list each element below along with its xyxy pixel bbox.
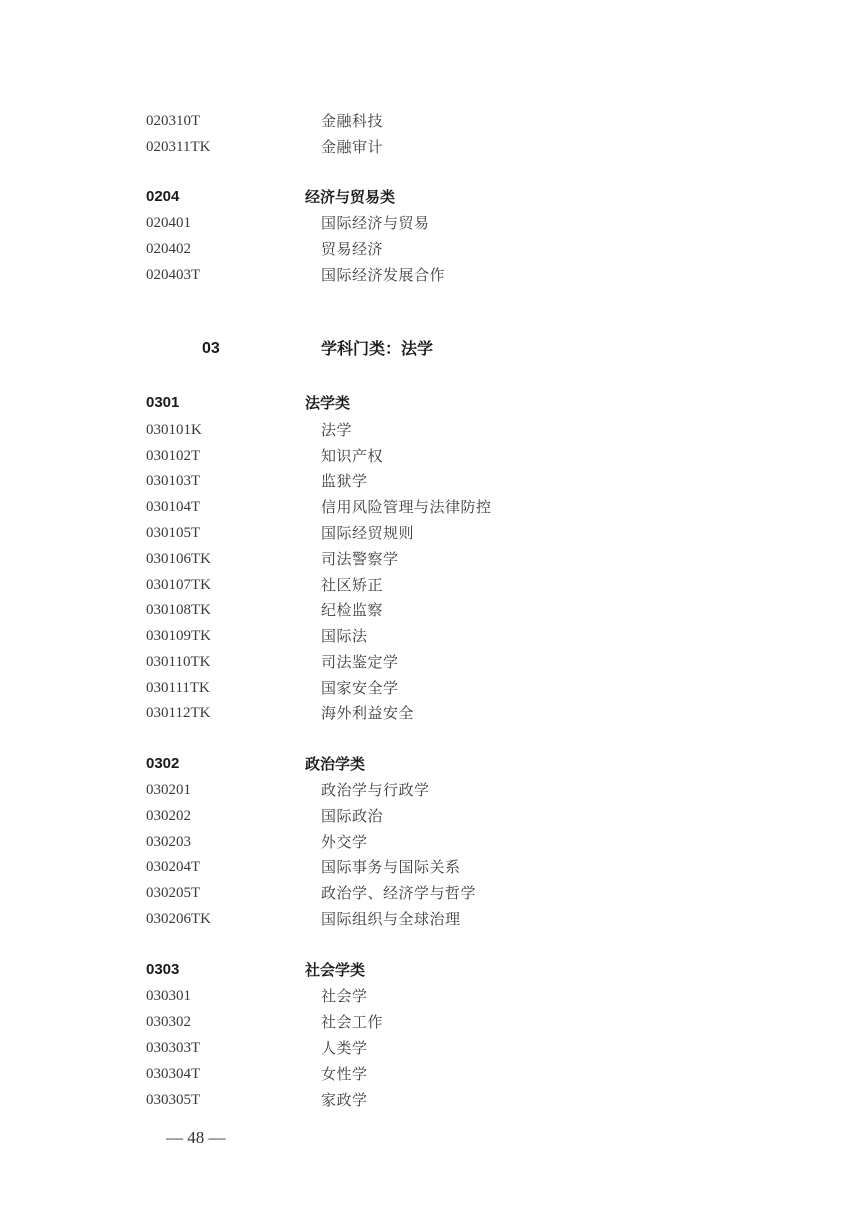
group-name: 政治学类 bbox=[305, 753, 365, 775]
page-number: — 48 — bbox=[166, 1128, 226, 1148]
list-item: 030108TK 纪检监察 bbox=[0, 599, 864, 621]
major-name: 国际法 bbox=[321, 625, 368, 647]
major-code: 030104T bbox=[146, 496, 200, 518]
major-name: 家政学 bbox=[321, 1089, 368, 1111]
major-code: 030202 bbox=[146, 805, 191, 827]
major-name: 国际事务与国际关系 bbox=[321, 856, 461, 878]
major-code: 030205T bbox=[146, 882, 200, 904]
major-code: 020403T bbox=[146, 264, 200, 286]
list-item: 030107TK 社区矫正 bbox=[0, 574, 864, 596]
major-name: 政治学、经济学与哲学 bbox=[321, 882, 476, 904]
major-code: 030107TK bbox=[146, 574, 211, 596]
list-item: 030204T 国际事务与国际关系 bbox=[0, 856, 864, 878]
list-item: 030301 社会学 bbox=[0, 985, 864, 1007]
list-item: 030105T 国际经贸规则 bbox=[0, 522, 864, 544]
discipline-title: 学科门类：法学 bbox=[321, 338, 433, 360]
group-heading: 0204 经济与贸易类 bbox=[0, 186, 864, 208]
major-name: 纪检监察 bbox=[321, 599, 383, 621]
major-code: 030106TK bbox=[146, 548, 211, 570]
major-name: 国际经济发展合作 bbox=[321, 264, 445, 286]
major-name: 国际经济与贸易 bbox=[321, 212, 430, 234]
major-code: 030108TK bbox=[146, 599, 211, 621]
major-name: 信用风险管理与法律防控 bbox=[321, 496, 492, 518]
list-item: 030111TK 国家安全学 bbox=[0, 677, 864, 699]
list-item: 020402 贸易经济 bbox=[0, 238, 864, 260]
list-item: 030102T 知识产权 bbox=[0, 445, 864, 467]
major-code: 030301 bbox=[146, 985, 191, 1007]
group-heading: 0302 政治学类 bbox=[0, 753, 864, 775]
major-code: 030201 bbox=[146, 779, 191, 801]
major-code: 030206TK bbox=[146, 908, 211, 930]
list-item: 020403T 国际经济发展合作 bbox=[0, 264, 864, 286]
list-item: 030304T 女性学 bbox=[0, 1063, 864, 1085]
major-code: 030112TK bbox=[146, 702, 210, 724]
major-code: 030303T bbox=[146, 1037, 200, 1059]
major-code: 030101K bbox=[146, 419, 202, 441]
major-name: 海外利益安全 bbox=[321, 702, 414, 724]
major-code: 030111TK bbox=[146, 677, 210, 699]
major-name: 知识产权 bbox=[321, 445, 383, 467]
major-name: 社会工作 bbox=[321, 1011, 383, 1033]
major-code: 020402 bbox=[146, 238, 191, 260]
major-name: 司法鉴定学 bbox=[321, 651, 399, 673]
major-code: 030110TK bbox=[146, 651, 210, 673]
major-name: 政治学与行政学 bbox=[321, 779, 430, 801]
major-name: 社会学 bbox=[321, 985, 368, 1007]
group-heading: 0303 社会学类 bbox=[0, 959, 864, 981]
list-item: 030203 外交学 bbox=[0, 831, 864, 853]
list-item: 030112TK 海外利益安全 bbox=[0, 702, 864, 724]
group-name: 社会学类 bbox=[305, 959, 365, 981]
major-name: 贸易经济 bbox=[321, 238, 383, 260]
group-code: 0204 bbox=[146, 186, 179, 208]
major-name: 社区矫正 bbox=[321, 574, 383, 596]
group-code: 0303 bbox=[146, 959, 179, 981]
major-code: 020311TK bbox=[146, 136, 210, 158]
list-item: 030305T 家政学 bbox=[0, 1089, 864, 1111]
list-item: 030302 社会工作 bbox=[0, 1011, 864, 1033]
major-name: 监狱学 bbox=[321, 470, 368, 492]
major-name: 国际政治 bbox=[321, 805, 383, 827]
major-name: 国际经贸规则 bbox=[321, 522, 414, 544]
list-item: 030303T 人类学 bbox=[0, 1037, 864, 1059]
major-name: 国家安全学 bbox=[321, 677, 399, 699]
major-name: 女性学 bbox=[321, 1063, 368, 1085]
major-code: 030105T bbox=[146, 522, 200, 544]
list-item: 030106TK 司法警察学 bbox=[0, 548, 864, 570]
list-item: 030205T 政治学、经济学与哲学 bbox=[0, 882, 864, 904]
list-item: 030206TK 国际组织与全球治理 bbox=[0, 908, 864, 930]
major-code: 030203 bbox=[146, 831, 191, 853]
major-name: 金融科技 bbox=[321, 110, 383, 132]
list-item: 020310T 金融科技 bbox=[0, 110, 864, 132]
major-name: 国际组织与全球治理 bbox=[321, 908, 461, 930]
major-name: 法学 bbox=[321, 419, 352, 441]
major-code: 030304T bbox=[146, 1063, 200, 1085]
major-code: 030102T bbox=[146, 445, 200, 467]
group-name: 法学类 bbox=[305, 392, 350, 414]
discipline-code: 03 bbox=[202, 338, 220, 360]
major-code: 020401 bbox=[146, 212, 191, 234]
list-item: 030103T 监狱学 bbox=[0, 470, 864, 492]
group-heading: 0301 法学类 bbox=[0, 392, 864, 414]
major-code: 030103T bbox=[146, 470, 200, 492]
major-name: 司法警察学 bbox=[321, 548, 399, 570]
list-item: 030202 国际政治 bbox=[0, 805, 864, 827]
major-code: 030109TK bbox=[146, 625, 211, 647]
list-item: 030101K 法学 bbox=[0, 419, 864, 441]
group-name: 经济与贸易类 bbox=[305, 186, 395, 208]
major-code: 030204T bbox=[146, 856, 200, 878]
list-item: 020311TK 金融审计 bbox=[0, 136, 864, 158]
major-code: 020310T bbox=[146, 110, 200, 132]
list-item: 030201 政治学与行政学 bbox=[0, 779, 864, 801]
major-name: 外交学 bbox=[321, 831, 368, 853]
discipline-heading: 03 学科门类：法学 bbox=[0, 338, 864, 360]
group-code: 0301 bbox=[146, 392, 179, 414]
major-code: 030302 bbox=[146, 1011, 191, 1033]
list-item: 030109TK 国际法 bbox=[0, 625, 864, 647]
list-item: 020401 国际经济与贸易 bbox=[0, 212, 864, 234]
group-code: 0302 bbox=[146, 753, 179, 775]
major-name: 人类学 bbox=[321, 1037, 368, 1059]
major-code: 030305T bbox=[146, 1089, 200, 1111]
major-name: 金融审计 bbox=[321, 136, 383, 158]
list-item: 030104T 信用风险管理与法律防控 bbox=[0, 496, 864, 518]
list-item: 030110TK 司法鉴定学 bbox=[0, 651, 864, 673]
